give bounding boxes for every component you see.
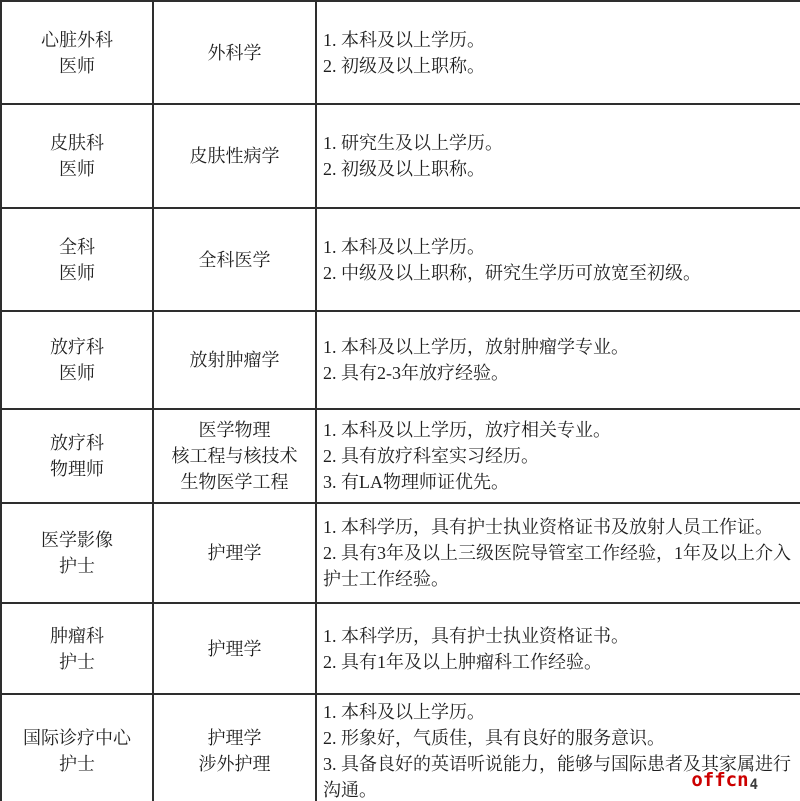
requirements-line: 1. 本科学历，具有护士执业资格证书及放射人员工作证。	[323, 514, 792, 540]
table-row: 国际诊疗中心护士护理学涉外护理1. 本科及以上学历。2. 形象好，气质佳，具有良…	[1, 694, 800, 801]
watermark-text: offcn	[691, 769, 748, 791]
major-line: 涉外护理	[154, 751, 315, 777]
requirements-line: 2. 具有3年及以上三级医院导管室工作经验，1年及以上介入护士工作经验。	[323, 540, 792, 592]
position-line: 心脏外科	[2, 27, 152, 53]
requirements-line: 2. 具有放疗科室实习经历。	[323, 443, 792, 469]
position-line: 护士	[2, 751, 152, 777]
requirements-line: 1. 本科学历，具有护士执业资格证书。	[323, 623, 792, 649]
major-line: 外科学	[154, 40, 315, 66]
requirements-line: 1. 本科及以上学历。	[323, 699, 792, 725]
position-line: 皮肤科	[2, 130, 152, 156]
position-cell: 国际诊疗中心护士	[1, 694, 153, 801]
table-row: 皮肤科医师皮肤性病学1. 研究生及以上学历。2. 初级及以上职称。	[1, 104, 800, 208]
requirements-line: 2. 初级及以上职称。	[323, 156, 792, 182]
requirements-line: 1. 本科及以上学历，放射肿瘤学专业。	[323, 334, 792, 360]
major-line: 医学物理	[154, 417, 315, 443]
major-cell: 护理学	[153, 503, 316, 603]
position-cell: 皮肤科医师	[1, 104, 153, 208]
watermark: offcn4	[691, 770, 758, 792]
recruitment-document-page: 心脏外科医师外科学1. 本科及以上学历。2. 初级及以上职称。皮肤科医师皮肤性病…	[0, 0, 800, 801]
requirements-cell: 1. 本科学历，具有护士执业资格证书及放射人员工作证。2. 具有3年及以上三级医…	[316, 503, 800, 603]
major-line: 护理学	[154, 636, 315, 662]
major-cell: 护理学涉外护理	[153, 694, 316, 801]
table-row: 全科医师全科医学1. 本科及以上学历。2. 中级及以上职称，研究生学历可放宽至初…	[1, 208, 800, 311]
requirements-cell: 1. 本科及以上学历，放射肿瘤学专业。2. 具有2-3年放疗经验。	[316, 311, 800, 409]
position-line: 护士	[2, 553, 152, 579]
position-cell: 医学影像护士	[1, 503, 153, 603]
table-row: 心脏外科医师外科学1. 本科及以上学历。2. 初级及以上职称。	[1, 1, 800, 104]
major-line: 护理学	[154, 725, 315, 751]
requirements-line: 1. 本科及以上学历。	[323, 234, 792, 260]
major-cell: 全科医学	[153, 208, 316, 311]
position-line: 放疗科	[2, 334, 152, 360]
position-cell: 心脏外科医师	[1, 1, 153, 104]
table-row: 放疗科医师放射肿瘤学1. 本科及以上学历，放射肿瘤学专业。2. 具有2-3年放疗…	[1, 311, 800, 409]
major-line: 放射肿瘤学	[154, 347, 315, 373]
requirements-line: 2. 具有2-3年放疗经验。	[323, 360, 792, 386]
position-cell: 放疗科物理师	[1, 409, 153, 503]
position-line: 护士	[2, 649, 152, 675]
major-cell: 外科学	[153, 1, 316, 104]
position-cell: 全科医师	[1, 208, 153, 311]
major-cell: 皮肤性病学	[153, 104, 316, 208]
table-row: 医学影像护士护理学1. 本科学历，具有护士执业资格证书及放射人员工作证。2. 具…	[1, 503, 800, 603]
watermark-number: 4	[750, 777, 758, 793]
requirements-line: 2. 具有1年及以上肿瘤科工作经验。	[323, 649, 792, 675]
position-line: 医师	[2, 53, 152, 79]
requirements-line: 1. 研究生及以上学历。	[323, 130, 792, 156]
requirements-cell: 1. 本科及以上学历。2. 中级及以上职称，研究生学历可放宽至初级。	[316, 208, 800, 311]
position-line: 医师	[2, 156, 152, 182]
position-line: 国际诊疗中心	[2, 725, 152, 751]
requirements-cell: 1. 本科及以上学历。2. 初级及以上职称。	[316, 1, 800, 104]
position-line: 医学影像	[2, 527, 152, 553]
requirements-line: 1. 本科及以上学历，放疗相关专业。	[323, 417, 792, 443]
position-line: 物理师	[2, 456, 152, 482]
major-line: 生物医学工程	[154, 469, 315, 495]
requirements-cell: 1. 本科学历，具有护士执业资格证书。2. 具有1年及以上肿瘤科工作经验。	[316, 603, 800, 694]
requirements-line: 3. 有LA物理师证优先。	[323, 469, 792, 495]
major-line: 皮肤性病学	[154, 143, 315, 169]
requirements-cell: 1. 本科及以上学历，放疗相关专业。2. 具有放疗科室实习经历。3. 有LA物理…	[316, 409, 800, 503]
requirements-cell: 1. 研究生及以上学历。2. 初级及以上职称。	[316, 104, 800, 208]
recruitment-table: 心脏外科医师外科学1. 本科及以上学历。2. 初级及以上职称。皮肤科医师皮肤性病…	[0, 0, 800, 801]
major-line: 护理学	[154, 540, 315, 566]
position-line: 全科	[2, 234, 152, 260]
requirements-line: 1. 本科及以上学历。	[323, 27, 792, 53]
table-row: 肿瘤科护士护理学1. 本科学历，具有护士执业资格证书。2. 具有1年及以上肿瘤科…	[1, 603, 800, 694]
major-line: 核工程与核技术	[154, 443, 315, 469]
requirements-line: 2. 初级及以上职称。	[323, 53, 792, 79]
major-cell: 放射肿瘤学	[153, 311, 316, 409]
position-line: 肿瘤科	[2, 623, 152, 649]
position-cell: 肿瘤科护士	[1, 603, 153, 694]
major-line: 全科医学	[154, 247, 315, 273]
table-row: 放疗科物理师医学物理核工程与核技术生物医学工程1. 本科及以上学历，放疗相关专业…	[1, 409, 800, 503]
requirements-line: 2. 形象好，气质佳，具有良好的服务意识。	[323, 725, 792, 751]
position-cell: 放疗科医师	[1, 311, 153, 409]
position-line: 医师	[2, 260, 152, 286]
position-line: 医师	[2, 360, 152, 386]
position-line: 放疗科	[2, 430, 152, 456]
major-cell: 护理学	[153, 603, 316, 694]
major-cell: 医学物理核工程与核技术生物医学工程	[153, 409, 316, 503]
requirements-line: 2. 中级及以上职称，研究生学历可放宽至初级。	[323, 260, 792, 286]
